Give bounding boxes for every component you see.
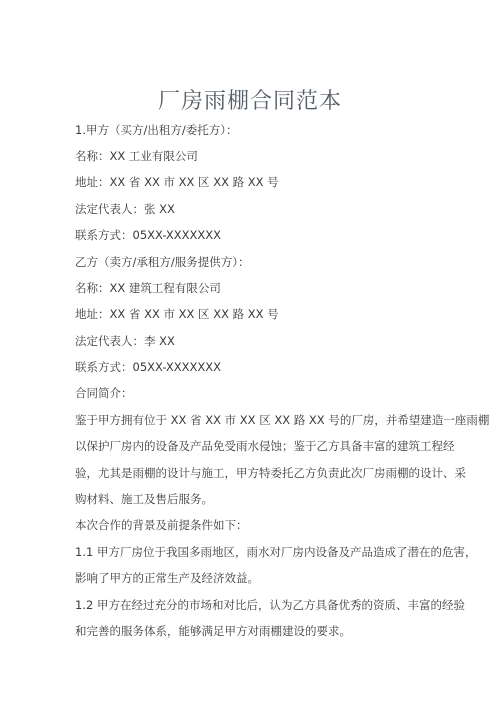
intro-paragraph-line: 购材料、施工及售后服务。 <box>75 491 213 507</box>
party-a-name: 名称：XX 工业有限公司 <box>75 148 198 164</box>
clause-1-1-line: 影响了甲方的正常生产及经济效益。 <box>75 570 259 586</box>
party-a-address: 地址：XX 省 XX 市 XX 区 XX 路 XX 号 <box>75 174 279 190</box>
party-b-representative: 法定代表人：李 XX <box>75 333 175 349</box>
clause-1-2-line: 1.2 甲方在经过充分的市场和对比后，认为乙方具备优秀的资质、丰富的经验 <box>75 597 465 613</box>
intro-paragraph-line: 以保护厂房内的设备及产品免受雨水侵蚀；鉴于乙方具备丰富的建筑工程经 <box>75 438 455 454</box>
background-heading: 本次合作的背景及前提条件如下： <box>75 517 248 533</box>
party-b-contact: 联系方式：05XX-XXXXXXX <box>75 359 221 375</box>
document-title: 厂房雨棚合同范本 <box>0 84 500 115</box>
clause-1-1-line: 1.1 甲方厂房位于我国多雨地区，雨水对厂房内设备及产品造成了潜在的危害， <box>75 544 476 560</box>
intro-paragraph-line: 鉴于甲方拥有位于 XX 省 XX 市 XX 区 XX 路 XX 号的厂房，并希望… <box>75 412 489 428</box>
intro-paragraph-line: 验，尤其是雨棚的设计与施工，甲方特委托乙方负责此次厂房雨棚的设计、采 <box>75 465 466 481</box>
party-b-heading: 乙方（卖方/承租方/服务提供方）： <box>75 254 250 270</box>
party-a-representative: 法定代表人：张 XX <box>75 201 175 217</box>
party-a-heading: 1.甲方（买方/出租方/委托方）： <box>75 122 237 138</box>
party-b-name: 名称：XX 建筑工程有限公司 <box>75 280 221 296</box>
party-a-contact: 联系方式：05XX-XXXXXXX <box>75 227 221 243</box>
clause-1-2-line: 和完善的服务体系，能够满足甲方对雨棚建设的要求。 <box>75 623 351 639</box>
party-b-address: 地址：XX 省 XX 市 XX 区 XX 路 XX 号 <box>75 306 279 322</box>
document-page: 厂房雨棚合同范本 1.甲方（买方/出租方/委托方）： 名称：XX 工业有限公司 … <box>0 0 500 707</box>
contract-intro-heading: 合同简介： <box>75 385 133 401</box>
